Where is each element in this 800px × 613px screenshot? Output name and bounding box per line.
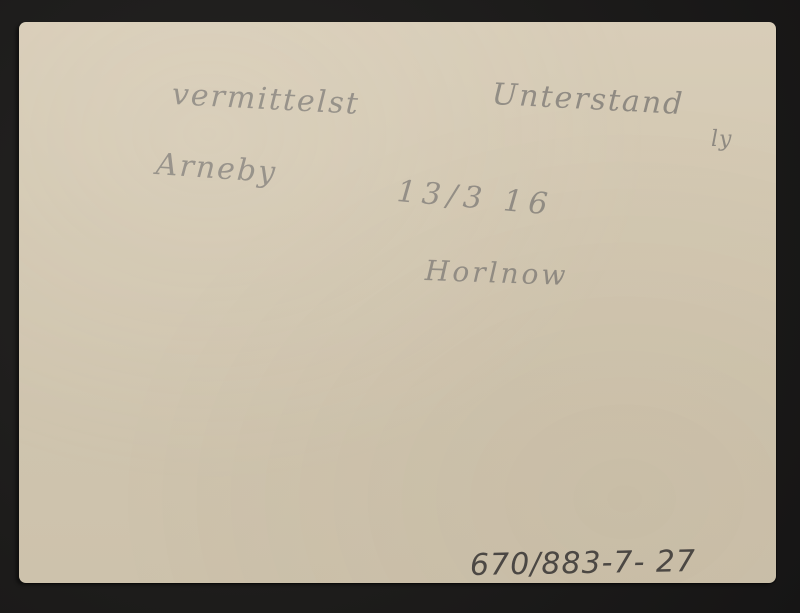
photo-card-verso: vermittelst Unterstand ly Arneby 13/3 16… (19, 22, 776, 583)
handwritten-date: 13/3 16 (395, 174, 555, 223)
handwritten-line-3: Horlnow (424, 254, 569, 292)
catalog-number: 670/883-7- 27 (470, 544, 697, 583)
handwritten-line-1-suffix: ly (711, 127, 732, 152)
handwritten-line-2-word: Arneby (155, 147, 278, 190)
handwritten-line-1-word-1: vermittelst (171, 77, 361, 122)
handwritten-line-1-word-2: Unterstand (491, 77, 685, 122)
